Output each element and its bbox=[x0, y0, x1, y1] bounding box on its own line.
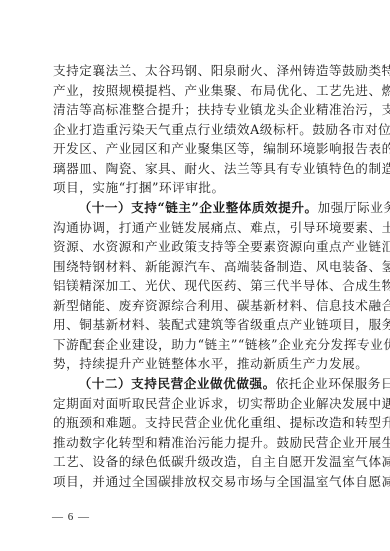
section-heading-line-11: （十一）支持“链主”企业整体质效提升。加强厅际业务 bbox=[53, 198, 337, 218]
text-line: 用、铜基新材料、装配式建筑等省级重点产业链项目，服务上 bbox=[53, 315, 337, 335]
section-heading-12: （十二）支持民营企业做优做强。 bbox=[79, 376, 276, 391]
text-line: 项目，实施“打捆”环评审批。 bbox=[53, 178, 337, 198]
text-line: 铝镁精深加工、光伏、现代医药、第三代半导体、合成生物、 bbox=[53, 276, 337, 296]
text-line: 新型储能、废弃资源综合利用、碳基新材料、信息技术融合应 bbox=[53, 296, 337, 316]
text-span: 依托企业环保服务日， bbox=[276, 376, 390, 391]
text-line: 势，持续提升产业链整体水平，推动新质生产力发展。 bbox=[53, 354, 337, 374]
text-line: 沟通协调，打通产业链发展痛点、难点，引导环境要素、土地 bbox=[53, 218, 337, 238]
text-line: 资源、水资源和产业政策支持等全要素资源向重点产业链汇聚， bbox=[53, 237, 337, 257]
text-line: 开发区、产业园区和产业聚集区等，编制环境影响报告表的玻 bbox=[53, 139, 337, 159]
text-line: 工艺、设备的绿色低碳升级改造，自主自愿开发温室气体减排 bbox=[53, 452, 337, 472]
page-number: — 6 — bbox=[52, 511, 90, 523]
text-line: 推动数字化转型和精准治污能力提升。鼓励民营企业开展生产 bbox=[53, 433, 337, 453]
text-line: 围绕特钢材料、新能源汽车、高端装备制造、风电装备、氢能、 bbox=[53, 257, 337, 277]
body-text: 支持定襄法兰、太谷玛钢、阳泉耐火、泽州铸造等鼓励类特色 产业，按照规模提档、产业… bbox=[53, 61, 337, 491]
text-span: 加强厅际业务 bbox=[318, 200, 390, 215]
text-line: 清洁等高标准整合提升；扶持专业镇龙头企业精准治污，支持 bbox=[53, 100, 337, 120]
text-line: 下游配套企业建设，助力“链主”“链核”企业充分发挥专业优 bbox=[53, 335, 337, 355]
document-page: 支持定襄法兰、太谷玛钢、阳泉耐火、泽州铸造等鼓励类特色 产业，按照规模提档、产业… bbox=[0, 0, 390, 551]
text-line: 产业，按照规模提档、产业集聚、布局优化、工艺先进、燃料 bbox=[53, 81, 337, 101]
text-line: 企业打造重污染天气重点行业绩效A级标杆。鼓励各市对位于 bbox=[53, 120, 337, 140]
section-heading-11: （十一）支持“链主”企业整体质效提升。 bbox=[79, 200, 318, 215]
text-line: 定期面对面听取民营企业诉求，切实帮助企业解决发展中遇到 bbox=[53, 394, 337, 414]
text-line: 璃器皿、陶瓷、家具、耐火、法兰等具有专业镇特色的制造业 bbox=[53, 159, 337, 179]
text-line: 支持定襄法兰、太谷玛钢、阳泉耐火、泽州铸造等鼓励类特色 bbox=[53, 61, 337, 81]
text-line: 的瓶颈和难题。支持民营企业优化重组、提标改造和转型升级， bbox=[53, 413, 337, 433]
text-line: 项目，并通过全国碳排放权交易市场与全国温室气体自愿减排 bbox=[53, 472, 337, 492]
section-heading-line-12: （十二）支持民营企业做优做强。依托企业环保服务日， bbox=[53, 374, 337, 394]
